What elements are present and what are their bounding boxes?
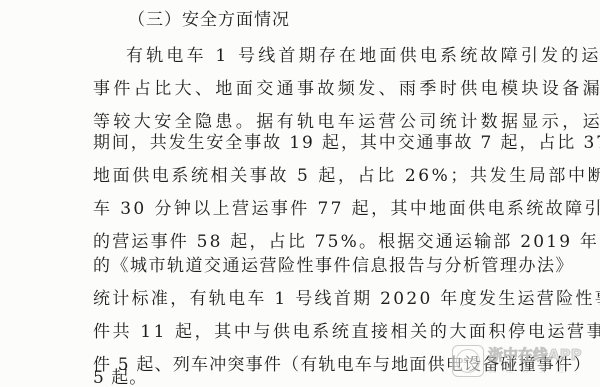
paragraph-line: 事件占比大、地面交通事故频发、雨季时供电模块设备漏电	[93, 77, 600, 101]
app-watermark: 0579 浙中在线APP 就在你身边	[452, 345, 582, 377]
logo-badge: 0579	[456, 349, 480, 373]
paragraph-line: 地面供电系统相关事故 5 起，占比 26%；共发生局部中断行	[93, 164, 600, 188]
watermark-subtitle: 就在你身边	[488, 364, 582, 375]
watermark-text: 浙中在线APP 就在你身边	[488, 347, 582, 375]
paragraph-line: 5 起。	[93, 366, 147, 387]
paragraph-line: 统计标准，有轨电车 1 号线首期 2020 年度发生运营险性事	[93, 287, 600, 311]
watermark-title: 浙中在线APP	[488, 347, 582, 364]
paragraph-line: 有轨电车 1 号线首期存在地面供电系统故障引发的运营	[126, 44, 600, 68]
paragraph-line: 车 30 分钟以上营运事件 77 起，其中地面供电系统故障引发	[93, 197, 600, 221]
paragraph-line: 件共 11 起，其中与供电系统直接相关的大面积停电运营事	[93, 320, 600, 344]
paragraph-line: 期间，共发生安全事故 19 起，其中交通事故 7 起，占比 37%，	[93, 131, 600, 155]
document-page: （三）安全方面情况 有轨电车 1 号线首期存在地面供电系统故障引发的运营 事件占…	[0, 0, 600, 387]
app-logo-icon: 0579	[452, 345, 484, 377]
section-heading: （三）安全方面情况	[128, 8, 290, 32]
paragraph-line: 的《城市轨道交通运营险性事件信息报告与分析管理办法》	[93, 254, 574, 278]
paragraph-line: 的营运事件 58 起，占比 75%。根据交通运输部 2019 年印发	[93, 230, 600, 254]
